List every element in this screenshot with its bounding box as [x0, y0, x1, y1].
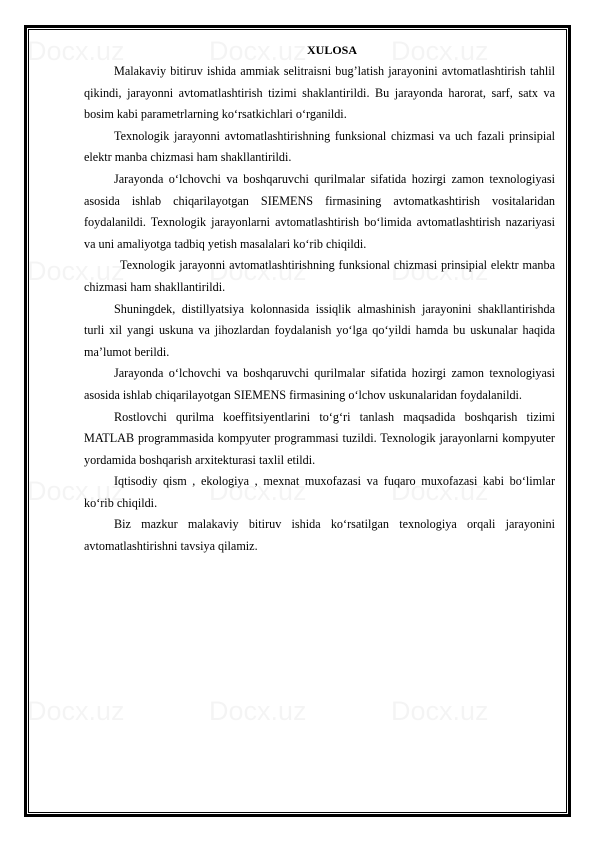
- document-body: XULOSA Malakaviy bitiruv ishida ammiak s…: [84, 39, 555, 558]
- paragraph-recommendation: Biz mazkur malakaviy bitiruv ishida ko‘r…: [84, 514, 555, 557]
- paragraph-matlab: Rostlovchi qurilma koeffitsiyentlarini t…: [84, 407, 555, 472]
- document-title: XULOSA: [84, 39, 555, 61]
- paragraph-siemens-devices: Jarayonda o‘lchovchi va boshqaruvchi qur…: [84, 169, 555, 255]
- paragraph-summary: Malakaviy bitiruv ishida ammiak selitrai…: [84, 61, 555, 126]
- paragraph-functional-scheme: Texnologik jarayonni avtomatlashtirishni…: [84, 126, 555, 169]
- paragraph-principal-scheme: Texnologik jarayonni avtomatlashtirishni…: [84, 255, 555, 298]
- paragraph-economics: Iqtisodiy qism , ekologiya , mexnat muxo…: [84, 471, 555, 514]
- paragraph-distillation: Shuningdek, distillyatsiya kolonnasida i…: [84, 299, 555, 364]
- paragraph-measuring-devices: Jarayonda o‘lchovchi va boshqaruvchi qur…: [84, 363, 555, 406]
